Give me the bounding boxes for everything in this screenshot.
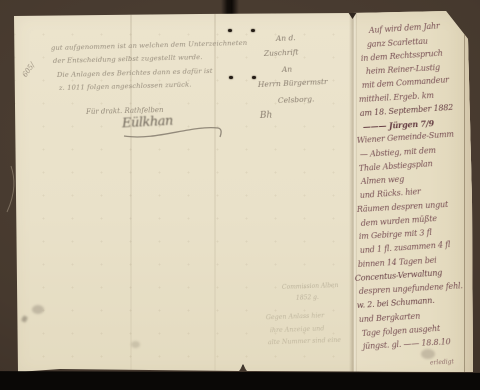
photo-stage: 605/ gut aufgenommen ist an welchen dem …: [0, 0, 480, 390]
faint-note-line: 1852 g.: [296, 293, 339, 305]
punch-hole: [228, 29, 232, 33]
ink-text-column: Auf wird dem Jahrganz Scarlettauin dem R…: [357, 26, 475, 356]
backdrop-shadow-streak: [221, 0, 239, 16]
closing-note: erledigt: [430, 358, 454, 366]
faint-note-line: alte Nummer sind eine: [268, 337, 342, 352]
address-line: Bh: [260, 108, 328, 126]
punch-hole: [252, 76, 256, 80]
faint-pencil-notes: Gegen Anlass hierihre Anzeige undalte Nu…: [266, 313, 341, 351]
manuscript-paper: 605/ gut aufgenommen ist an welchen dem …: [0, 0, 480, 390]
faint-pencil-notes: Commission Alben1852 g.: [282, 283, 338, 305]
address-line: Herrn Bürgermstr: [258, 77, 328, 95]
pencil-paragraph: gut aufgenommen ist an welchen dem Unter…: [51, 44, 247, 98]
paper-stain: [131, 341, 140, 348]
signature-flourish: [116, 112, 234, 142]
paper-stain: [32, 305, 44, 314]
address-line: Zuschrift: [264, 47, 328, 65]
scan-bed: [0, 371, 480, 390]
punch-hole: [251, 29, 255, 33]
address-block: An d.ZuschriftAnHerrn BürgermstrCelsborg…: [258, 34, 328, 126]
